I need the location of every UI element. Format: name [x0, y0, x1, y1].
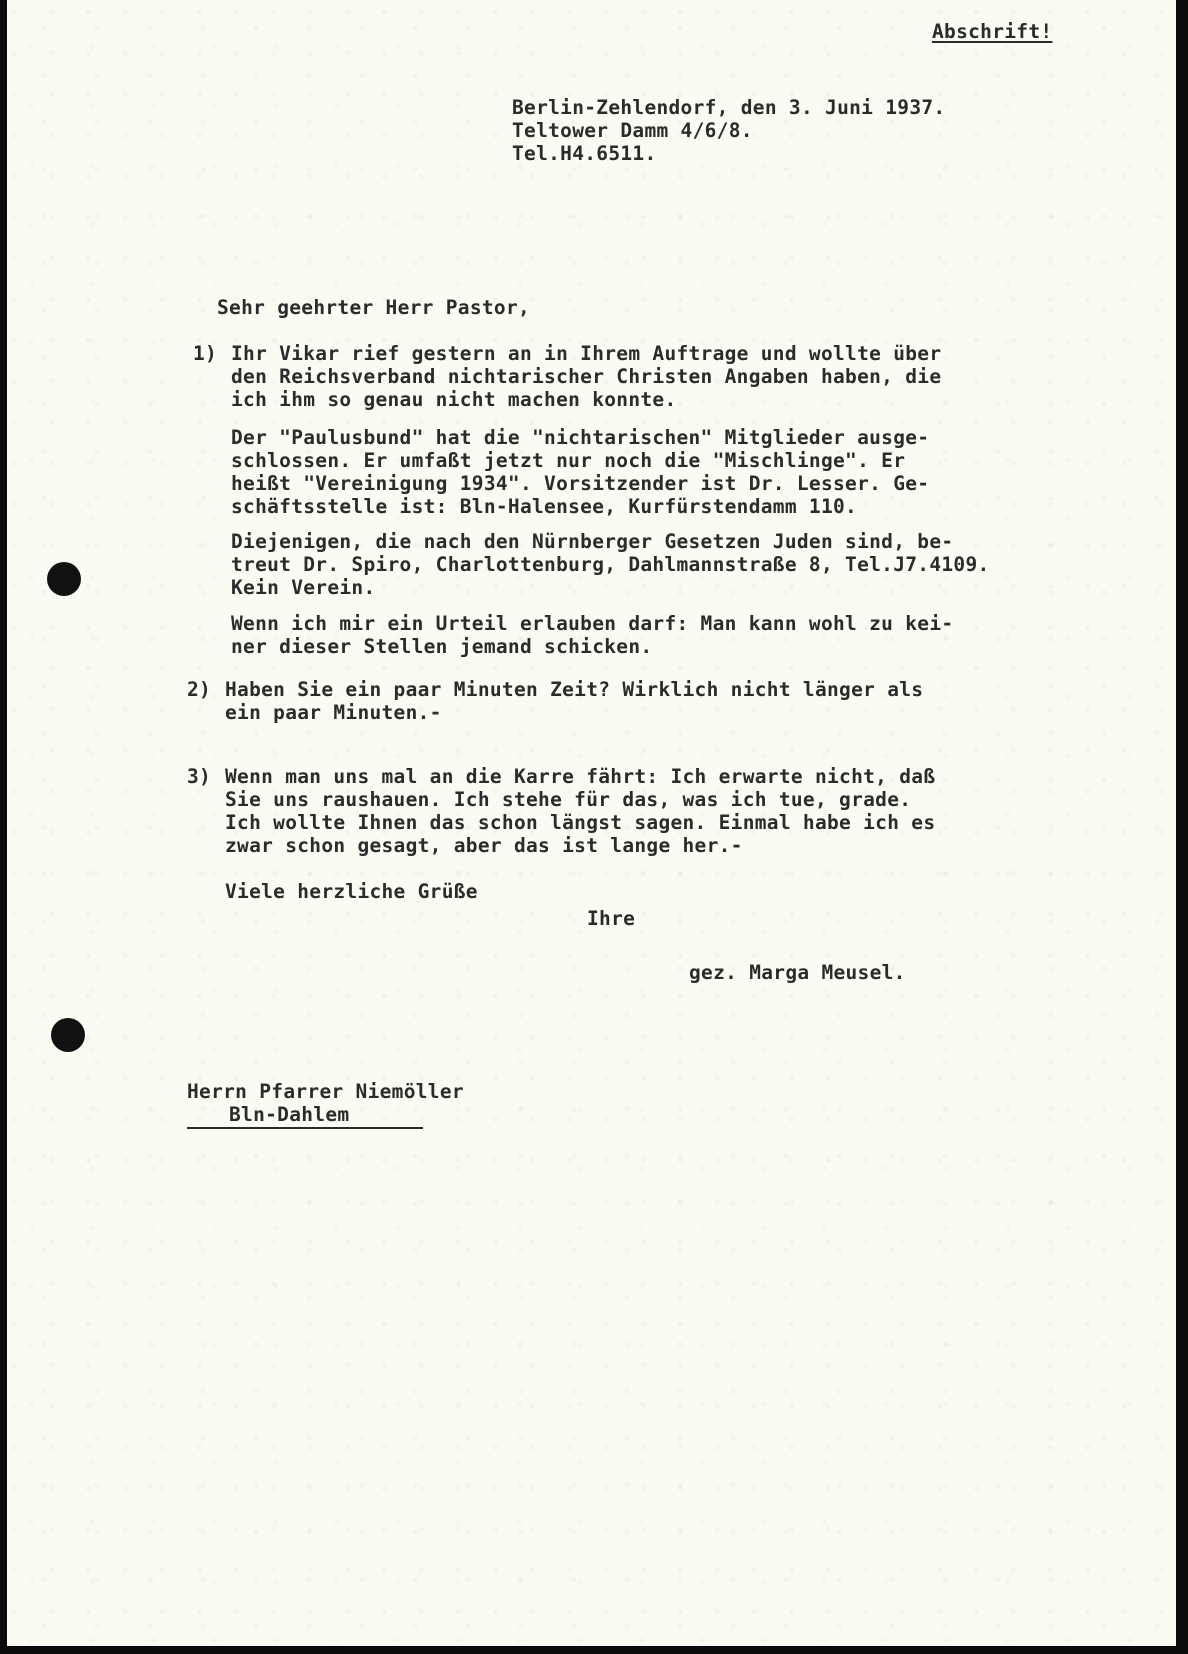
closing: Viele herzliche Grüße	[225, 880, 478, 903]
copy-stamp: Abschrift!	[932, 20, 1052, 43]
paragraph-line: schlossen. Er umfaßt jetzt nur noch die …	[231, 449, 905, 472]
signature: gez. Marga Meusel.	[689, 961, 906, 984]
recipient-place: Bln-Dahlem	[229, 1103, 349, 1126]
paragraph-line: treut Dr. Spiro, Charlottenburg, Dahlman…	[231, 553, 990, 576]
closing-ihre: Ihre	[587, 907, 635, 930]
paragraph-number: 1)	[193, 342, 217, 365]
paragraph-line: ich ihm so genau nicht machen konnte.	[231, 388, 676, 411]
paragraph-line: Wenn ich mir ein Urteil erlauben darf: M…	[231, 612, 953, 635]
paragraph-line: schäftsstelle ist: Bln-Halensee, Kurfürs…	[231, 495, 857, 518]
salutation: Sehr geehrter Herr Pastor,	[217, 296, 530, 319]
paragraph-line: ner dieser Stellen jemand schicken.	[231, 635, 652, 658]
paragraph-line: Ihr Vikar rief gestern an in Ihrem Auftr…	[231, 342, 941, 365]
paragraph-line: Der "Paulusbund" hat die "nichtarischen"…	[231, 426, 929, 449]
sender-street: Teltower Damm 4/6/8.	[512, 119, 753, 142]
paragraph-line: Kein Verein.	[231, 576, 375, 599]
paragraph-line: Diejenigen, die nach den Nürnberger Gese…	[231, 530, 953, 553]
recipient-underline	[187, 1127, 423, 1129]
document-page: Abschrift! Berlin-Zehlendorf, den 3. Jun…	[7, 0, 1176, 1646]
paragraph-line: Haben Sie ein paar Minuten Zeit? Wirklic…	[225, 678, 923, 701]
recipient-name: Herrn Pfarrer Niemöller	[187, 1080, 464, 1103]
paragraph-line: Sie uns raushauen. Ich stehe für das, wa…	[225, 788, 911, 811]
paragraph-number: 3)	[187, 765, 211, 788]
sender-place-date: Berlin-Zehlendorf, den 3. Juni 1937.	[512, 96, 945, 119]
paragraph-line: den Reichsverband nichtarischer Christen…	[231, 365, 941, 388]
paragraph-line: Ich wollte Ihnen das schon längst sagen.…	[225, 811, 935, 834]
paragraph-number: 2)	[187, 678, 211, 701]
paragraph-line: heißt "Vereinigung 1934". Vorsitzender i…	[231, 472, 929, 495]
paragraph-line: ein paar Minuten.-	[225, 701, 442, 724]
paragraph-line: zwar schon gesagt, aber das ist lange he…	[225, 834, 743, 857]
sender-phone: Tel.H4.6511.	[512, 142, 656, 165]
paragraph-line: Wenn man uns mal an die Karre fährt: Ich…	[225, 765, 935, 788]
punch-hole-upper	[47, 562, 81, 596]
punch-hole-lower	[51, 1018, 85, 1052]
